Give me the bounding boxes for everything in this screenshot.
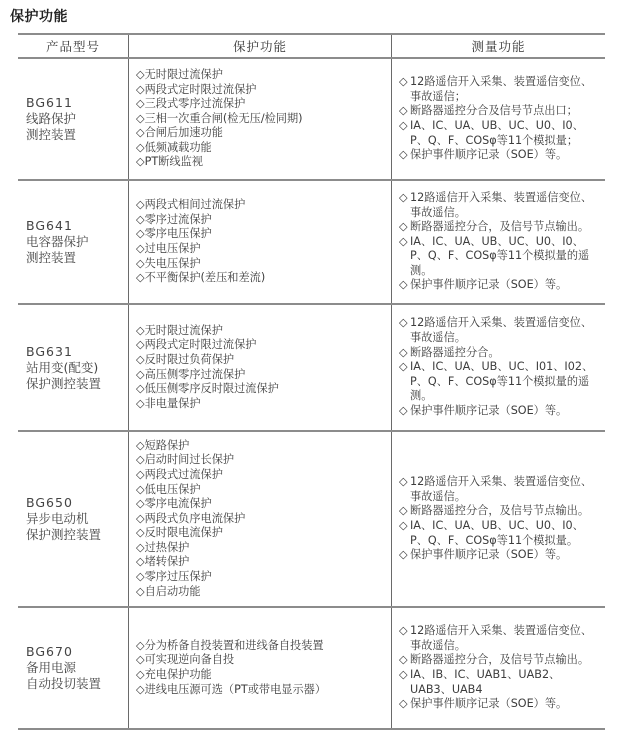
protection-function-text: 分为桥备自投装置和进线备自投装置 bbox=[145, 639, 324, 652]
diamond-bullet-icon: ◇ bbox=[136, 439, 145, 452]
protection-function-item: ◇三相一次重合闸(检无压/检同期) bbox=[136, 112, 391, 127]
measurement-function-item: ◇IA、IC、UA、UB、UC、U0、I0、P、Q、F、COSφ等11个模拟量； bbox=[399, 119, 601, 148]
measurement-function-text: 12路遥信开入采集、装置遥信变位、事故遥信； bbox=[410, 75, 592, 103]
diamond-bullet-icon: ◇ bbox=[399, 653, 410, 668]
protection-function-text: 非电量保护 bbox=[145, 397, 201, 410]
diamond-bullet-icon: ◇ bbox=[136, 324, 145, 337]
header-protection-functions: 保护功能 bbox=[129, 34, 392, 58]
protection-function-item: ◇可实现逆向备自投 bbox=[136, 653, 391, 668]
diamond-bullet-icon: ◇ bbox=[399, 475, 410, 490]
protection-function-text: 不平衡保护(差压和差流) bbox=[145, 271, 266, 284]
diamond-bullet-icon: ◇ bbox=[136, 585, 145, 598]
protection-function-item: ◇自启动功能 bbox=[136, 585, 391, 600]
diamond-bullet-icon: ◇ bbox=[136, 382, 145, 395]
measurement-function-text: IA、IB、IC、UAB1、UAB2、UAB3、UAB4 bbox=[410, 668, 560, 696]
product-name-line: 自动投切装置 bbox=[26, 676, 128, 692]
protection-function-item: ◇充电保护功能 bbox=[136, 668, 391, 683]
protection-function-item: ◇高压侧零序过流保护 bbox=[136, 368, 391, 383]
measurement-function-text: IA、IC、UA、UB、UC、U0、I0、P、Q、F、COSφ等11个模拟量的遥… bbox=[410, 235, 589, 277]
diamond-bullet-icon: ◇ bbox=[136, 112, 145, 125]
product-code: BG650 bbox=[26, 495, 128, 511]
measurement-function-list: ◇12路遥信开入采集、装置遥信变位、事故遥信。◇断路器遥控分合。◇IA、IC、U… bbox=[392, 316, 605, 418]
measurement-function-text: 12路遥信开入采集、装置遥信变位、事故遥信。 bbox=[410, 475, 592, 503]
diamond-bullet-icon: ◇ bbox=[399, 668, 410, 683]
product-model-cell: BG631站用变(配变)保护测控装置 bbox=[18, 304, 129, 431]
protection-function-item: ◇两段式过流保护 bbox=[136, 468, 391, 483]
diamond-bullet-icon: ◇ bbox=[399, 346, 410, 361]
protection-function-text: 合闸后加速功能 bbox=[145, 126, 223, 139]
diamond-bullet-icon: ◇ bbox=[136, 639, 145, 652]
measurement-function-item: ◇12路遥信开入采集、装置遥信变位、事故遥信。 bbox=[399, 475, 601, 504]
diamond-bullet-icon: ◇ bbox=[399, 235, 410, 250]
protection-function-item: ◇三段式零序过流保护 bbox=[136, 97, 391, 112]
protection-function-text: 低频减载功能 bbox=[145, 141, 212, 154]
protection-function-item: ◇两段式定时限过流保护 bbox=[136, 338, 391, 353]
protection-function-item: ◇启动时间过长保护 bbox=[136, 453, 391, 468]
measurement-function-text: 12路遥信开入采集、装置遥信变位、事故遥信。 bbox=[410, 316, 592, 344]
protection-function-text: 零序过压保护 bbox=[145, 570, 212, 583]
product-model: BG670备用电源自动投切装置 bbox=[18, 644, 128, 692]
measurement-function-item: ◇断路器遥控分合及信号节点出口； bbox=[399, 104, 601, 119]
protection-function-text: 反时限过负荷保护 bbox=[145, 353, 235, 366]
diamond-bullet-icon: ◇ bbox=[136, 497, 145, 510]
protection-function-text: 过热保护 bbox=[145, 541, 190, 554]
protection-function-list: ◇两段式相间过流保护◇零序过流保护◇零序电压保护◇过电压保护◇失电压保护◇不平衡… bbox=[129, 198, 391, 286]
product-name-line: 测控装置 bbox=[26, 250, 128, 266]
product-name-line: 保护测控装置 bbox=[26, 527, 128, 543]
protection-function-item: ◇零序过压保护 bbox=[136, 570, 391, 585]
protection-function-text: 两段式负序电流保护 bbox=[145, 512, 246, 525]
protection-function-item: ◇失电压保护 bbox=[136, 257, 391, 272]
protection-function-item: ◇堵转保护 bbox=[136, 555, 391, 570]
diamond-bullet-icon: ◇ bbox=[136, 257, 145, 270]
protection-function-text: 可实现逆向备自投 bbox=[145, 653, 235, 666]
diamond-bullet-icon: ◇ bbox=[136, 83, 145, 96]
diamond-bullet-icon: ◇ bbox=[136, 397, 145, 410]
measurement-function-text: 保护事件顺序记录（SOE）等。 bbox=[410, 697, 567, 710]
diamond-bullet-icon: ◇ bbox=[136, 512, 145, 525]
measurement-function-text: IA、IC、UA、UB、UC、I01、I02、P、Q、F、COSφ等11个模拟量… bbox=[410, 360, 593, 402]
protection-function-item: ◇无时限过流保护 bbox=[136, 324, 391, 339]
protection-functions-cell: ◇分为桥备自投装置和进线备自投装置◇可实现逆向备自投◇充电保护功能◇进线电压源可… bbox=[129, 607, 392, 729]
diamond-bullet-icon: ◇ bbox=[136, 570, 145, 583]
diamond-bullet-icon: ◇ bbox=[399, 278, 410, 293]
diamond-bullet-icon: ◇ bbox=[136, 227, 145, 240]
diamond-bullet-icon: ◇ bbox=[399, 104, 410, 119]
header-measurement-functions: 测量功能 bbox=[392, 34, 606, 58]
diamond-bullet-icon: ◇ bbox=[136, 271, 145, 284]
protection-function-item: ◇反时限电流保护 bbox=[136, 526, 391, 541]
diamond-bullet-icon: ◇ bbox=[399, 360, 410, 375]
diamond-bullet-icon: ◇ bbox=[399, 504, 410, 519]
product-name-line: 站用变(配变) bbox=[26, 360, 128, 376]
diamond-bullet-icon: ◇ bbox=[136, 555, 145, 568]
protection-function-item: ◇零序电流保护 bbox=[136, 497, 391, 512]
protection-function-item: ◇两段式相间过流保护 bbox=[136, 198, 391, 213]
protection-function-text: 高压侧零序过流保护 bbox=[145, 368, 246, 381]
measurement-function-text: 保护事件顺序记录（SOE）等。 bbox=[410, 548, 567, 561]
measurement-function-text: IA、IC、UA、UB、UC、U0、I0、P、Q、F、COSφ等11个模拟量； bbox=[410, 119, 584, 147]
product-code: BG641 bbox=[26, 218, 128, 234]
measurement-function-text: 保护事件顺序记录（SOE）等。 bbox=[410, 278, 567, 291]
protection-function-item: ◇PT断线监视 bbox=[136, 155, 391, 170]
protection-function-item: ◇过电压保护 bbox=[136, 242, 391, 257]
diamond-bullet-icon: ◇ bbox=[136, 242, 145, 255]
measurement-function-item: ◇IA、IC、UA、UB、UC、U0、I0、P、Q、F、COSφ等11个模拟量的… bbox=[399, 235, 601, 279]
diamond-bullet-icon: ◇ bbox=[136, 213, 145, 226]
protection-function-list: ◇无时限过流保护◇两段式定时限过流保护◇三段式零序过流保护◇三相一次重合闸(检无… bbox=[129, 68, 391, 170]
protection-function-text: 堵转保护 bbox=[145, 555, 190, 568]
protection-function-text: 进线电压源可选（PT或带电显示器） bbox=[145, 683, 326, 696]
protection-function-item: ◇低压侧零序反时限过流保护 bbox=[136, 382, 391, 397]
measurement-function-text: 断路器遥控分合。 bbox=[410, 346, 500, 359]
protection-function-table: 产品型号 保护功能 测量功能 BG611线路保护测控装置◇无时限过流保护◇两段式… bbox=[18, 33, 605, 730]
measurement-function-text: 保护事件顺序记录（SOE）等。 bbox=[410, 148, 567, 161]
protection-function-item: ◇零序电压保护 bbox=[136, 227, 391, 242]
diamond-bullet-icon: ◇ bbox=[136, 198, 145, 211]
diamond-bullet-icon: ◇ bbox=[136, 68, 145, 81]
protection-function-item: ◇反时限过负荷保护 bbox=[136, 353, 391, 368]
protection-functions-cell: ◇两段式相间过流保护◇零序过流保护◇零序电压保护◇过电压保护◇失电压保护◇不平衡… bbox=[129, 180, 392, 304]
measurement-function-text: 断路器遥控分合，及信号节点输出。 bbox=[410, 504, 589, 517]
measurement-function-item: ◇保护事件顺序记录（SOE）等。 bbox=[399, 697, 601, 712]
diamond-bullet-icon: ◇ bbox=[399, 404, 410, 419]
measurement-function-text: 12路遥信开入采集、装置遥信变位、事故遥信。 bbox=[410, 624, 592, 652]
product-name-line: 保护测控装置 bbox=[26, 376, 128, 392]
diamond-bullet-icon: ◇ bbox=[136, 141, 145, 154]
product-name-line: 电容器保护 bbox=[26, 234, 128, 250]
protection-function-text: 零序电流保护 bbox=[145, 497, 212, 510]
measurement-function-text: 断路器遥控分合，及信号节点输出。 bbox=[410, 220, 589, 233]
protection-function-list: ◇分为桥备自投装置和进线备自投装置◇可实现逆向备自投◇充电保护功能◇进线电压源可… bbox=[129, 639, 391, 697]
product-code: BG631 bbox=[26, 344, 128, 360]
protection-function-text: 零序过流保护 bbox=[145, 213, 212, 226]
diamond-bullet-icon: ◇ bbox=[399, 191, 410, 206]
protection-function-text: PT断线监视 bbox=[145, 155, 203, 168]
diamond-bullet-icon: ◇ bbox=[399, 316, 410, 331]
product-name-line: 异步电动机 bbox=[26, 511, 128, 527]
measurement-functions-cell: ◇12路遥信开入采集、装置遥信变位、事故遥信。◇断路器遥控分合，及信号节点输出。… bbox=[392, 180, 606, 304]
measurement-function-item: ◇断路器遥控分合。 bbox=[399, 346, 601, 361]
table-row: BG631站用变(配变)保护测控装置◇无时限过流保护◇两段式定时限过流保护◇反时… bbox=[18, 304, 605, 431]
protection-function-text: 低压侧零序反时限过流保护 bbox=[145, 382, 279, 395]
product-model: BG631站用变(配变)保护测控装置 bbox=[18, 344, 128, 392]
measurement-function-list: ◇12路遥信开入采集、装置遥信变位、事故遥信。◇断路器遥控分合，及信号节点输出。… bbox=[392, 475, 605, 563]
protection-function-item: ◇进线电压源可选（PT或带电显示器） bbox=[136, 683, 391, 698]
diamond-bullet-icon: ◇ bbox=[136, 683, 145, 696]
diamond-bullet-icon: ◇ bbox=[399, 119, 410, 134]
table-header-row: 产品型号 保护功能 测量功能 bbox=[18, 34, 605, 58]
product-model-cell: BG641电容器保护测控装置 bbox=[18, 180, 129, 304]
protection-function-text: 充电保护功能 bbox=[145, 668, 212, 681]
product-code: BG670 bbox=[26, 644, 128, 660]
diamond-bullet-icon: ◇ bbox=[136, 453, 145, 466]
table-row: BG650异步电动机保护测控装置◇短路保护◇启动时间过长保护◇两段式过流保护◇低… bbox=[18, 431, 605, 607]
protection-function-text: 失电压保护 bbox=[145, 257, 201, 270]
protection-function-item: ◇零序过流保护 bbox=[136, 213, 391, 228]
product-name-line: 备用电源 bbox=[26, 660, 128, 676]
protection-function-text: 两段式定时限过流保护 bbox=[145, 83, 257, 96]
measurement-function-list: ◇12路遥信开入采集、装置遥信变位、事故遥信。◇断路器遥控分合，及信号节点输出。… bbox=[392, 191, 605, 293]
protection-function-list: ◇短路保护◇启动时间过长保护◇两段式过流保护◇低电压保护◇零序电流保护◇两段式负… bbox=[129, 439, 391, 600]
diamond-bullet-icon: ◇ bbox=[136, 126, 145, 139]
measurement-functions-cell: ◇12路遥信开入采集、装置遥信变位、事故遥信。◇断路器遥控分合，及信号节点输出。… bbox=[392, 431, 606, 607]
measurement-functions-cell: ◇12路遥信开入采集、装置遥信变位、事故遥信；◇断路器遥控分合及信号节点出口；◇… bbox=[392, 58, 606, 180]
diamond-bullet-icon: ◇ bbox=[136, 541, 145, 554]
protection-function-text: 零序电压保护 bbox=[145, 227, 212, 240]
diamond-bullet-icon: ◇ bbox=[136, 353, 145, 366]
product-model: BG611线路保护测控装置 bbox=[18, 95, 128, 143]
protection-function-item: ◇无时限过流保护 bbox=[136, 68, 391, 83]
protection-functions-cell: ◇无时限过流保护◇两段式定时限过流保护◇反时限过负荷保护◇高压侧零序过流保护◇低… bbox=[129, 304, 392, 431]
table-row: BG611线路保护测控装置◇无时限过流保护◇两段式定时限过流保护◇三段式零序过流… bbox=[18, 58, 605, 180]
product-model: BG650异步电动机保护测控装置 bbox=[18, 495, 128, 543]
measurement-function-text: IA、IC、UA、UB、UC、U0、I0、P、Q、F、COSφ等11个模拟量。 bbox=[410, 519, 584, 547]
diamond-bullet-icon: ◇ bbox=[136, 338, 145, 351]
diamond-bullet-icon: ◇ bbox=[136, 368, 145, 381]
protection-function-text: 三相一次重合闸(检无压/检同期) bbox=[145, 112, 303, 125]
protection-function-list: ◇无时限过流保护◇两段式定时限过流保护◇反时限过负荷保护◇高压侧零序过流保护◇低… bbox=[129, 324, 391, 412]
protection-function-item: ◇分为桥备自投装置和进线备自投装置 bbox=[136, 639, 391, 654]
table-row: BG670备用电源自动投切装置◇分为桥备自投装置和进线备自投装置◇可实现逆向备自… bbox=[18, 607, 605, 729]
protection-function-item: ◇低电压保护 bbox=[136, 483, 391, 498]
diamond-bullet-icon: ◇ bbox=[399, 75, 410, 90]
measurement-function-item: ◇保护事件顺序记录（SOE）等。 bbox=[399, 278, 601, 293]
product-model-cell: BG611线路保护测控装置 bbox=[18, 58, 129, 180]
protection-function-item: ◇低频减载功能 bbox=[136, 141, 391, 156]
protection-function-text: 两段式定时限过流保护 bbox=[145, 338, 257, 351]
product-code: BG611 bbox=[26, 95, 128, 111]
protection-functions-cell: ◇短路保护◇启动时间过长保护◇两段式过流保护◇低电压保护◇零序电流保护◇两段式负… bbox=[129, 431, 392, 607]
table-row: BG641电容器保护测控装置◇两段式相间过流保护◇零序过流保护◇零序电压保护◇过… bbox=[18, 180, 605, 304]
protection-function-item: ◇合闸后加速功能 bbox=[136, 126, 391, 141]
diamond-bullet-icon: ◇ bbox=[136, 155, 145, 168]
diamond-bullet-icon: ◇ bbox=[136, 97, 145, 110]
page-title: 保护功能 bbox=[10, 6, 68, 26]
measurement-function-item: ◇12路遥信开入采集、装置遥信变位、事故遥信。 bbox=[399, 624, 601, 653]
measurement-function-item: ◇IA、IB、IC、UAB1、UAB2、UAB3、UAB4 bbox=[399, 668, 601, 697]
measurement-function-text: 保护事件顺序记录（SOE）等。 bbox=[410, 404, 567, 417]
measurement-function-text: 断路器遥控分合及信号节点出口； bbox=[410, 104, 578, 117]
diamond-bullet-icon: ◇ bbox=[136, 483, 145, 496]
product-model-cell: BG650异步电动机保护测控装置 bbox=[18, 431, 129, 607]
measurement-function-item: ◇保护事件顺序记录（SOE）等。 bbox=[399, 404, 601, 419]
protection-function-text: 短路保护 bbox=[145, 439, 190, 452]
measurement-function-text: 12路遥信开入采集、装置遥信变位、事故遥信。 bbox=[410, 191, 592, 219]
protection-function-text: 三段式零序过流保护 bbox=[145, 97, 246, 110]
measurement-function-item: ◇保护事件顺序记录（SOE）等。 bbox=[399, 548, 601, 563]
protection-function-item: ◇短路保护 bbox=[136, 439, 391, 454]
protection-function-text: 过电压保护 bbox=[145, 242, 201, 255]
measurement-function-item: ◇断路器遥控分合，及信号节点输出。 bbox=[399, 504, 601, 519]
measurement-function-item: ◇12路遥信开入采集、装置遥信变位、事故遥信； bbox=[399, 75, 601, 104]
diamond-bullet-icon: ◇ bbox=[399, 519, 410, 534]
measurement-functions-cell: ◇12路遥信开入采集、装置遥信变位、事故遥信。◇断路器遥控分合。◇IA、IC、U… bbox=[392, 304, 606, 431]
protection-function-item: ◇过热保护 bbox=[136, 541, 391, 556]
measurement-function-list: ◇12路遥信开入采集、装置遥信变位、事故遥信。◇断路器遥控分合，及信号节点输出。… bbox=[392, 624, 605, 712]
measurement-function-item: ◇IA、IC、UA、UB、UC、U0、I0、P、Q、F、COSφ等11个模拟量。 bbox=[399, 519, 601, 548]
header-product-model: 产品型号 bbox=[18, 34, 129, 58]
protection-function-text: 无时限过流保护 bbox=[145, 324, 223, 337]
measurement-function-text: 断路器遥控分合，及信号节点输出。 bbox=[410, 653, 589, 666]
measurement-functions-cell: ◇12路遥信开入采集、装置遥信变位、事故遥信。◇断路器遥控分合，及信号节点输出。… bbox=[392, 607, 606, 729]
diamond-bullet-icon: ◇ bbox=[136, 468, 145, 481]
measurement-function-item: ◇保护事件顺序记录（SOE）等。 bbox=[399, 148, 601, 163]
protection-function-text: 两段式过流保护 bbox=[145, 468, 223, 481]
measurement-function-list: ◇12路遥信开入采集、装置遥信变位、事故遥信；◇断路器遥控分合及信号节点出口；◇… bbox=[392, 75, 605, 163]
product-name-line: 线路保护 bbox=[26, 111, 128, 127]
protection-functions-cell: ◇无时限过流保护◇两段式定时限过流保护◇三段式零序过流保护◇三相一次重合闸(检无… bbox=[129, 58, 392, 180]
protection-function-text: 低电压保护 bbox=[145, 483, 201, 496]
protection-function-item: ◇不平衡保护(差压和差流) bbox=[136, 271, 391, 286]
diamond-bullet-icon: ◇ bbox=[399, 624, 410, 639]
protection-function-item: ◇两段式定时限过流保护 bbox=[136, 83, 391, 98]
measurement-function-item: ◇IA、IC、UA、UB、UC、I01、I02、P、Q、F、COSφ等11个模拟… bbox=[399, 360, 601, 404]
measurement-function-item: ◇断路器遥控分合，及信号节点输出。 bbox=[399, 653, 601, 668]
protection-function-text: 启动时间过长保护 bbox=[145, 453, 235, 466]
measurement-function-item: ◇12路遥信开入采集、装置遥信变位、事故遥信。 bbox=[399, 191, 601, 220]
measurement-function-item: ◇12路遥信开入采集、装置遥信变位、事故遥信。 bbox=[399, 316, 601, 345]
measurement-function-item: ◇断路器遥控分合，及信号节点输出。 bbox=[399, 220, 601, 235]
diamond-bullet-icon: ◇ bbox=[399, 548, 410, 563]
product-model: BG641电容器保护测控装置 bbox=[18, 218, 128, 266]
protection-function-text: 无时限过流保护 bbox=[145, 68, 223, 81]
protection-function-text: 自启动功能 bbox=[145, 585, 201, 598]
product-model-cell: BG670备用电源自动投切装置 bbox=[18, 607, 129, 729]
diamond-bullet-icon: ◇ bbox=[399, 220, 410, 235]
product-name-line: 测控装置 bbox=[26, 127, 128, 143]
protection-function-item: ◇非电量保护 bbox=[136, 397, 391, 412]
protection-function-text: 两段式相间过流保护 bbox=[145, 198, 246, 211]
diamond-bullet-icon: ◇ bbox=[399, 697, 410, 712]
diamond-bullet-icon: ◇ bbox=[136, 668, 145, 681]
diamond-bullet-icon: ◇ bbox=[136, 526, 145, 539]
protection-function-item: ◇两段式负序电流保护 bbox=[136, 512, 391, 527]
diamond-bullet-icon: ◇ bbox=[136, 653, 145, 666]
protection-function-text: 反时限电流保护 bbox=[145, 526, 223, 539]
diamond-bullet-icon: ◇ bbox=[399, 148, 410, 163]
